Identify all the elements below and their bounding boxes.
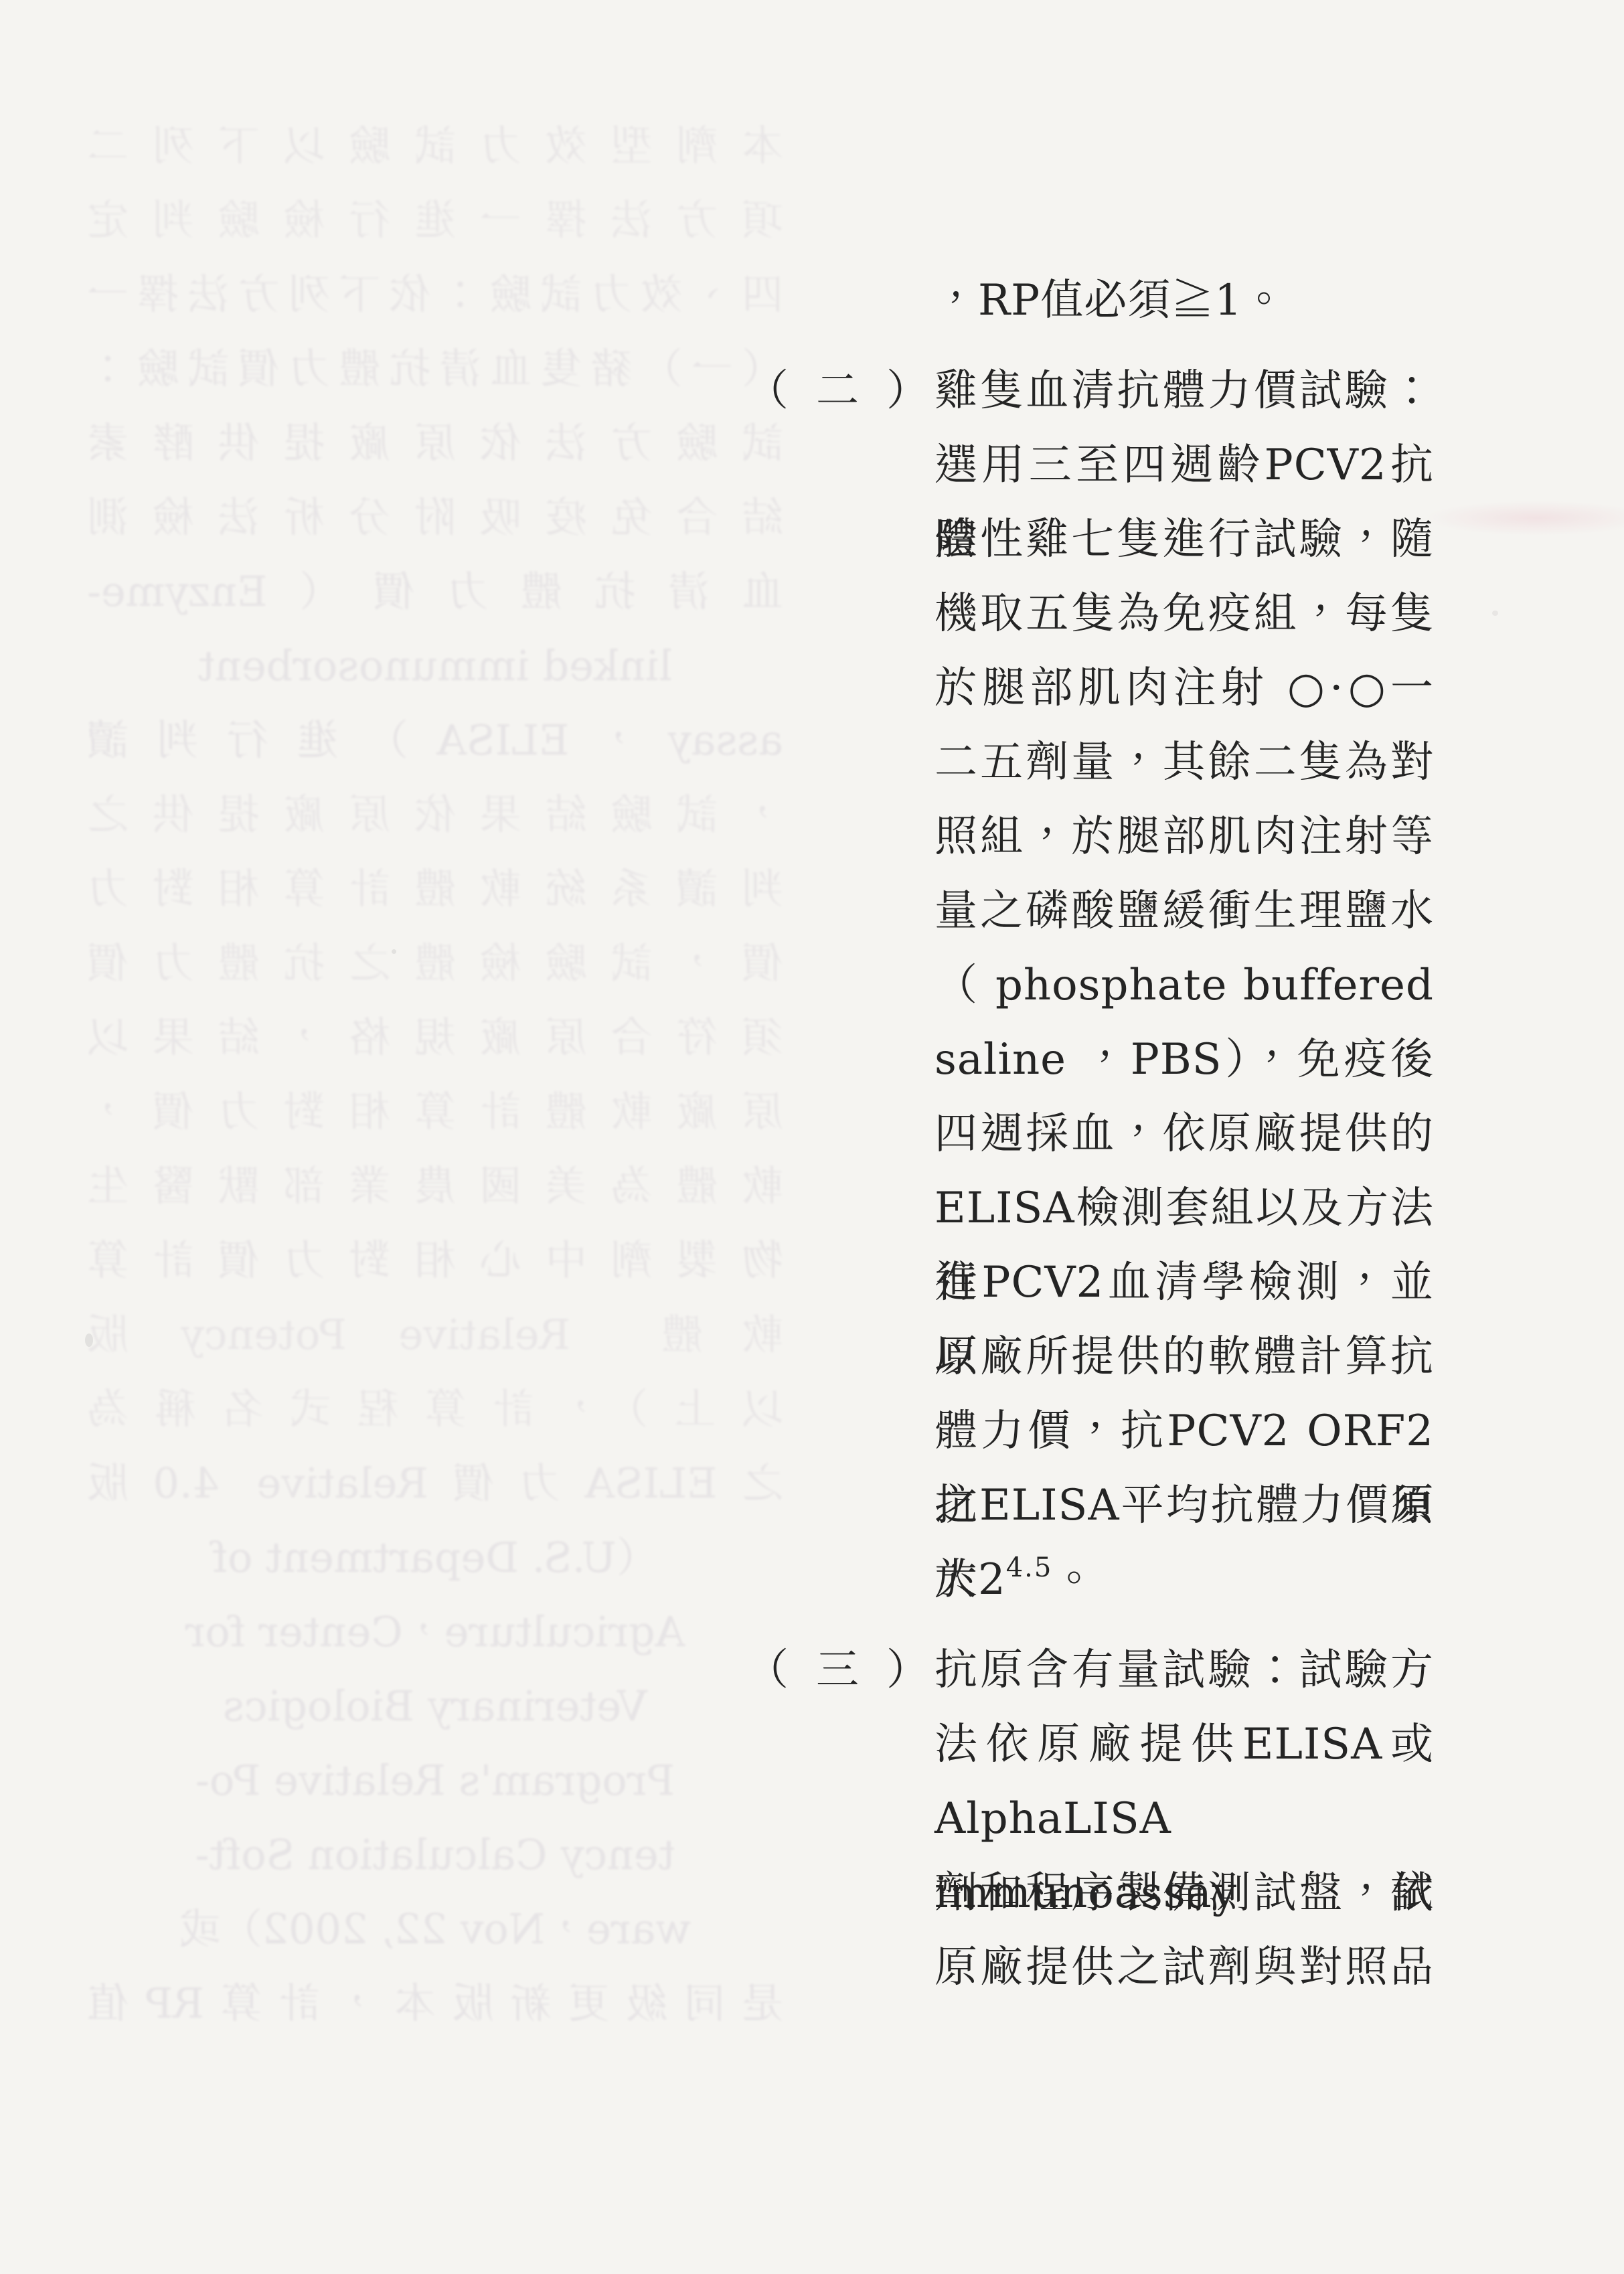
text-line: ELISA檢測套組以及方法進 [935, 1171, 1434, 1246]
bleedthrough-line: （一）豬隻血清抗體力價試驗： [87, 331, 783, 406]
scan-artifact-speck [392, 949, 396, 954]
text-run: 於2 [935, 1555, 1006, 1605]
bleedthrough-line: 價，試驗檢體之抗體力價 [87, 926, 783, 1000]
bleedthrough-line: tency Calculation Soft- [87, 1817, 783, 1892]
text-line: 之ELISA平均抗體力價須大 [935, 1469, 1434, 1543]
section-title: 抗原含有量試驗：試驗方 [935, 1633, 1434, 1708]
text-line: 機取五隻為免疫組，每隻 [935, 577, 1434, 651]
bleedthrough-line: （U.S. Department of [87, 1520, 783, 1595]
text-run: 陰性雞七隻進行試驗，隨 [935, 515, 1434, 564]
text-line: （ phosphate buffered [935, 949, 1434, 1023]
bleedthrough-line: Veterinary Biologics [87, 1669, 783, 1743]
text-line: saline ，PBS），免疫後 [935, 1023, 1434, 1097]
section-heading: （三）抗原含有量試驗：試驗方 [746, 1633, 1434, 1708]
text-run: 原廠所提供的軟體計算抗 [935, 1332, 1434, 1382]
section-number-label: （二） [746, 354, 935, 428]
section-heading: （二）雞隻血清抗體力價試驗： [746, 354, 1434, 428]
text-run: 。 [1052, 1555, 1096, 1605]
text-line: 行PCV2血清學檢測，並以 [935, 1246, 1434, 1320]
text-line: 劑和程序製備測試盤，依 [935, 1856, 1434, 1931]
text-line: 照組，於腿部肌肉注射等 [935, 800, 1434, 874]
bleedthrough-line: Program's Relative Po- [87, 1743, 783, 1817]
text-run: saline ，PBS），免疫後 [935, 1035, 1434, 1084]
bleedthrough-line: 原廠軟體計算相對力價， [87, 1074, 783, 1149]
bleedthrough-line: 項方法擇一進行檢驗判定 [87, 183, 783, 257]
bleedthrough-line: Agriculture，Center for [87, 1595, 783, 1669]
text-line: 選用三至四週齡PCV2抗體 [935, 428, 1434, 503]
bleedthrough-line: 結合免疫吸附分析法檢測 [87, 480, 783, 554]
document-text-column: ，RP值必須≧1。（二）雞隻血清抗體力價試驗：選用三至四週齡PCV2抗體陰性雞七… [746, 264, 1434, 2005]
section-number-label: （三） [746, 1633, 935, 1708]
section-title: 雞隻血清抗體力價試驗： [935, 354, 1434, 428]
text-line: AlphaLISA immunoassay試 [935, 1782, 1434, 1856]
bleedthrough-line: 軟體為美國農業部獸醫生 [87, 1149, 783, 1223]
bleedthrough-line: 物製劑中心相對力價計算 [87, 1223, 783, 1297]
text-line: 量之磷酸鹽緩衝生理鹽水 [935, 874, 1434, 949]
text-line: 四週採血，依原廠提供的 [935, 1097, 1434, 1171]
text-line: 於腿部肌肉注射 ○·○一 [935, 651, 1434, 726]
text-run: 機取五隻為免疫組，每隻 [935, 589, 1434, 639]
text-run: 量之磷酸鹽緩衝生理鹽水 [935, 886, 1434, 936]
text-line: 法依原廠提供ELISA或 [935, 1708, 1434, 1782]
text-line: 體力價，抗PCV2 ORF2抗原 [935, 1394, 1434, 1469]
bleedthrough-line: 判讀系統軟體計算相對力 [87, 851, 783, 926]
text-run: 四週採血，依原廠提供的 [935, 1109, 1434, 1159]
text-run: ，RP值必須≧1。 [935, 276, 1286, 325]
bleedthrough-line: 四、效力試驗：依下列方法擇一 [87, 257, 783, 331]
text-run: 法依原廠提供ELISA或 [935, 1720, 1434, 1769]
text-run: 於腿部肌肉注射 ○·○一 [935, 663, 1434, 713]
bleedthrough-line: 血清抗體力價（Enzyme- [87, 554, 783, 629]
text-run: （ phosphate buffered [935, 961, 1434, 1010]
bleedthrough-line: 是同級更新版本，計算RP值 [87, 1966, 783, 2040]
bleedthrough-line: 之ELISA力價Relative 4.0版 [87, 1446, 783, 1520]
text-line: ，RP值必須≧1。 [935, 264, 1434, 338]
text-line: 二五劑量，其餘二隻為對 [935, 726, 1434, 800]
scan-artifact-speck [85, 1333, 93, 1347]
text-line: 陰性雞七隻進行試驗，隨 [935, 503, 1434, 577]
bleedthrough-line: 試驗方法依原廠提供酵素 [87, 406, 783, 480]
bleedthrough-line: linked immunosorbent [87, 629, 783, 703]
scan-page: 本劑型效力試驗以下列二項方法擇一進行檢驗判定四、效力試驗：依下列方法擇一（一）豬… [0, 0, 1624, 2274]
bleedthrough-line: ，試驗結果依原廠提供之 [87, 777, 783, 851]
bleedthrough-line: 以上），計算程式名稱為 [87, 1372, 783, 1446]
bleedthrough-text-layer: 本劑型效力試驗以下列二項方法擇一進行檢驗判定四、效力試驗：依下列方法擇一（一）豬… [87, 108, 783, 2040]
text-run: 二五劑量，其餘二隻為對 [935, 738, 1434, 787]
scan-artifact-pink-smear [1423, 501, 1624, 536]
bleedthrough-line: assay，ELISA）進行判讀 [87, 703, 783, 777]
text-run: 照組，於腿部肌肉注射等 [935, 812, 1434, 862]
text-line: 於24.5。 [935, 1543, 1434, 1617]
bleedthrough-line: 軟體 Relative Potency 版 [87, 1297, 783, 1372]
text-run: 原廠提供之試劑與對照品 [935, 1943, 1434, 1992]
text-line: 原廠所提供的軟體計算抗 [935, 1320, 1434, 1394]
text-line: 原廠提供之試劑與對照品 [935, 1931, 1434, 2005]
bleedthrough-line: 須符合原廠規格，結果以 [87, 1000, 783, 1074]
text-run: 劑和程序製備測試盤，依 [935, 1868, 1434, 1918]
bleedthrough-line: ware，Nov 22, 2002）或 [87, 1892, 783, 1966]
scan-artifact-speck [1492, 611, 1498, 616]
superscript-exponent: 4.5 [1006, 1552, 1053, 1583]
bleedthrough-line: 本劑型效力試驗以下列二 [87, 108, 783, 183]
